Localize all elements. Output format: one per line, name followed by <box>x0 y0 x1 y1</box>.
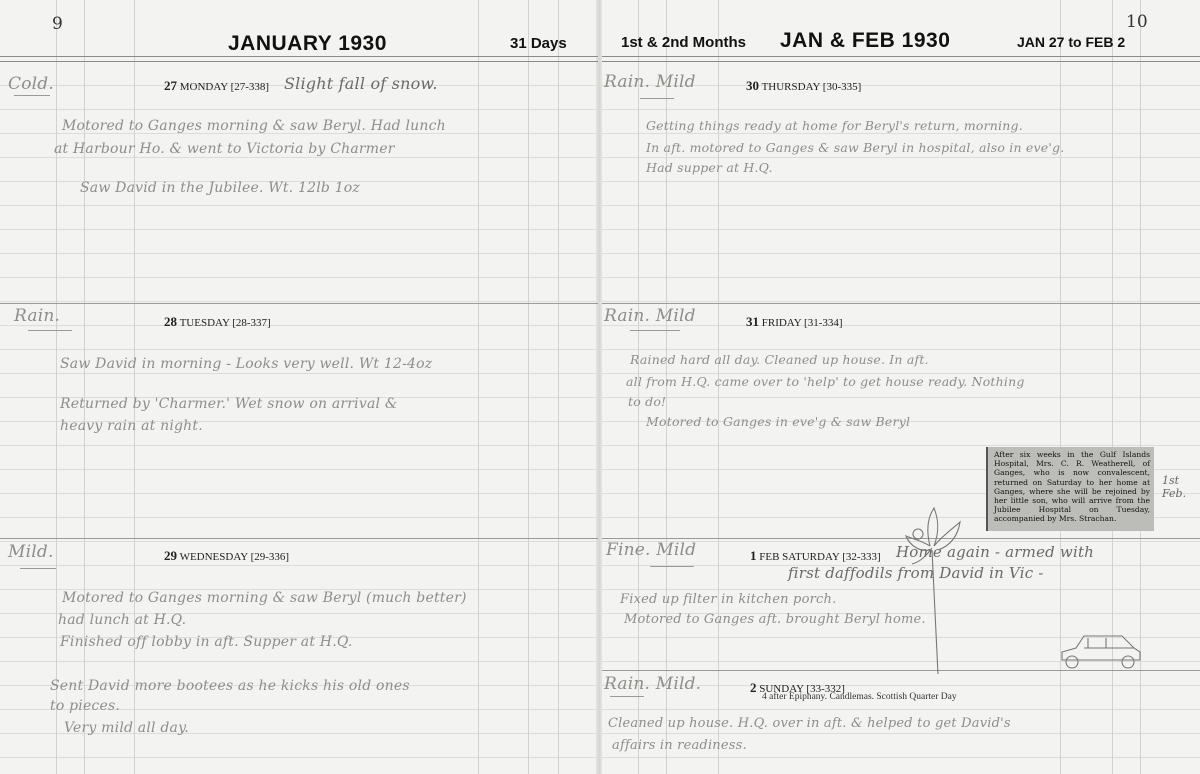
clipping-margin-note: 1st Feb. <box>1162 474 1200 500</box>
header-rule <box>602 56 1200 62</box>
page-number: 9 <box>52 14 63 34</box>
page-title: JANUARY 1930 <box>228 32 387 56</box>
entry-line: at Harbour Ho. & went to Victoria by Cha… <box>54 141 395 157</box>
entry-line: Motored to Ganges morning & saw Beryl. H… <box>62 118 446 134</box>
page-title: JAN & FEB 1930 <box>780 29 950 53</box>
day-heading: 30 THURSDAY [30-335] <box>746 78 861 94</box>
weather-note: Rain. Mild. <box>604 674 701 694</box>
entry-line: Had supper at H.Q. <box>646 160 773 175</box>
day-heading: 29 WEDNESDAY [29-336] <box>164 548 289 564</box>
book-gutter <box>596 0 602 774</box>
day-heading: 27 MONDAY [27-338] <box>164 78 269 94</box>
entry-line: In aft. motored to Ganges & saw Beryl in… <box>646 140 1064 155</box>
weather-note: Fine. Mild <box>606 540 696 560</box>
entry-line: Sent David more bootees as he kicks his … <box>50 678 410 694</box>
entry-line: to pieces. <box>50 698 120 714</box>
day-heading: 1 FEB SATURDAY [32-333] <box>750 548 881 564</box>
months-label: 1st & 2nd Months <box>621 34 746 51</box>
entry-line: had lunch at H.Q. <box>58 612 186 628</box>
entry-line: Getting things ready at home for Beryl's… <box>646 118 1023 133</box>
entry-line: Rained hard all day. Cleaned up house. I… <box>630 352 929 367</box>
weather-note: Rain. Mild <box>604 72 696 92</box>
header-rule <box>0 56 598 62</box>
entry-line: to do! <box>628 394 666 409</box>
entry-line: Saw David in morning - Looks very well. … <box>60 356 432 372</box>
date-range: JAN 27 to FEB 2 <box>1017 34 1125 50</box>
days-count: 31 Days <box>510 35 567 52</box>
entry-line: Saw David in the Jubilee. Wt. 12lb 1oz <box>80 180 360 196</box>
weather-note: Rain. Mild <box>604 306 696 326</box>
entry-line: Very mild all day. <box>64 720 189 736</box>
daffodil-sketch-icon <box>900 506 970 676</box>
calendar-note: 4 after Epiphany. Candlemas. Scottish Qu… <box>762 692 957 702</box>
weather-note: Rain. <box>14 306 60 326</box>
entry-line: Returned by 'Charmer.' Wet snow on arriv… <box>60 396 398 412</box>
entry-line: all from H.Q. came over to 'help' to get… <box>626 374 1025 389</box>
page-number: 10 <box>1126 12 1148 32</box>
entry-line: Motored to Ganges in eve'g & saw Beryl <box>646 414 910 429</box>
day-headline: Slight fall of snow. <box>284 74 438 93</box>
entry-line: Finished off lobby in aft. Supper at H.Q… <box>60 634 353 650</box>
entry-line: affairs in readiness. <box>612 738 747 753</box>
left-diary-page <box>0 0 598 774</box>
entry-line: Motored to Ganges aft. brought Beryl hom… <box>624 612 926 627</box>
entry-line: Fixed up filter in kitchen porch. <box>620 592 836 607</box>
weather-note: Cold. <box>8 74 54 94</box>
weather-note: Mild. <box>8 542 54 562</box>
day-heading: 28 TUESDAY [28-337] <box>164 314 271 330</box>
newspaper-clipping: After six weeks in the Gulf Islands Hosp… <box>986 447 1154 531</box>
entry-line: Motored to Ganges morning & saw Beryl (m… <box>62 590 467 606</box>
entry-line: Cleaned up house. H.Q. over in aft. & he… <box>608 716 1011 731</box>
car-sketch-icon <box>1054 630 1144 675</box>
day-heading: 31 FRIDAY [31-334] <box>746 314 843 330</box>
entry-line: heavy rain at night. <box>60 418 203 434</box>
